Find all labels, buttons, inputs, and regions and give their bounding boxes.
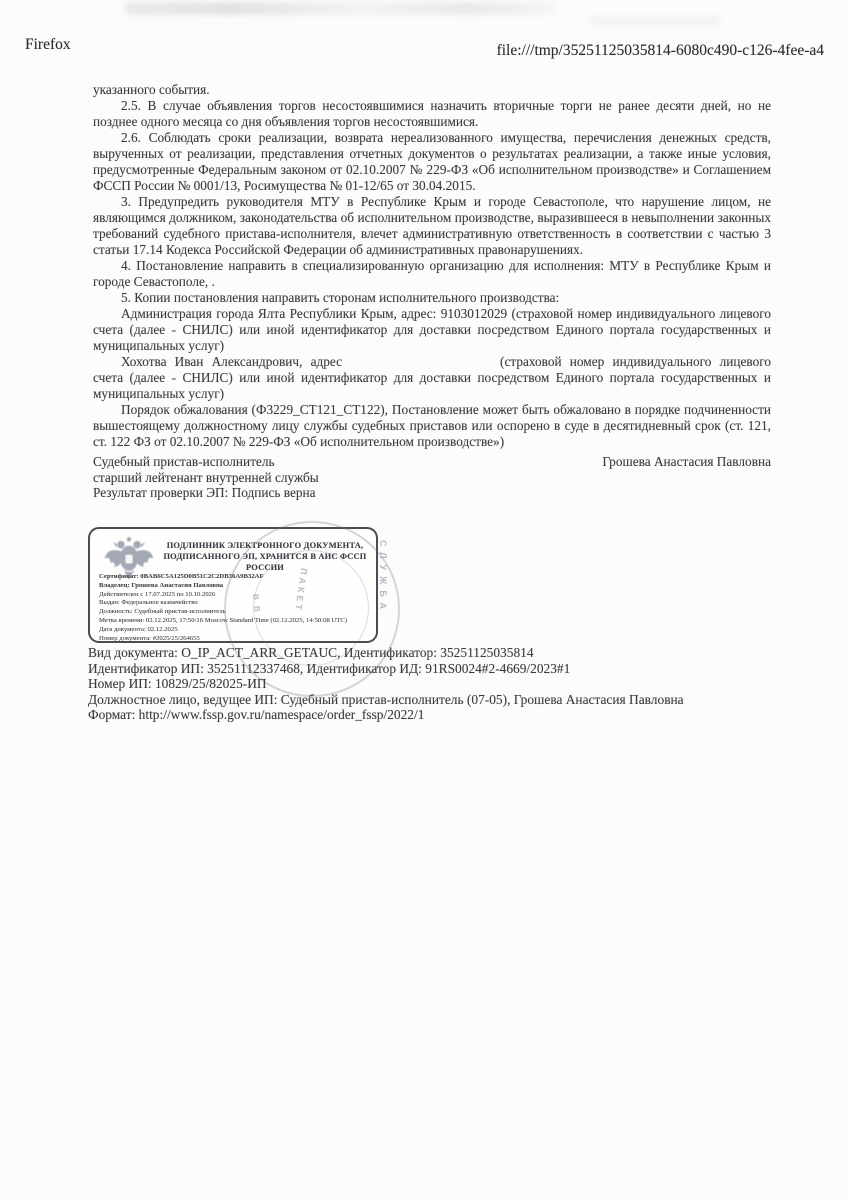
stamp-title: ПОДЛИННИК ЭЛЕКТРОННОГО ДОКУМЕНТА, ПОДПИС… xyxy=(158,540,372,573)
paragraph-with-redacted-address: Хохотва Иван Александрович, адрес(страхо… xyxy=(93,354,771,402)
meta-format: Формат: http://www.fssp.gov.ru/namespace… xyxy=(88,707,788,723)
official-name: Грошева Анастасия Павловна xyxy=(602,454,771,470)
meta-doc-type: Вид документа: O_IP_ACT_ARR_GETAUC, Иден… xyxy=(88,645,788,661)
stamp-timestamp-line: Метка времени: 02.12.2025, 17:50:16 Mosc… xyxy=(99,617,371,626)
stamp-certificate-details: Сертификат: 0BAB6C5A125D0B51C2C2DB36A9B3… xyxy=(99,573,371,643)
scan-bleed-artifact xyxy=(125,2,555,15)
document-body: указанного события. 2.5. В случае объявл… xyxy=(93,82,771,501)
signature-verification: Результат проверки ЭП: Подпись верна xyxy=(93,485,771,501)
stamp-owner-line: Владелец: Грошева Анастасия Павловна xyxy=(99,582,371,591)
meta-official: Должностное лицо, ведущее ИП: Судебный п… xyxy=(88,692,788,708)
paragraph: Порядок обжалования (Ф3229_СТ121_СТ122),… xyxy=(93,402,771,450)
paragraph: 4. Постановление направить в специализир… xyxy=(93,258,771,290)
scan-bleed-artifact xyxy=(590,16,720,26)
stamp-issuer-line: Выдан: Федеральное казначейство xyxy=(99,599,371,608)
paragraph: указанного события. xyxy=(93,82,771,98)
official-position: Судебный пристав-исполнитель xyxy=(93,454,275,470)
stamp-docdate-line: Дата документа: 02.12.2025 xyxy=(99,626,371,635)
round-seal-arc-text: СЛУЖБА xyxy=(378,540,388,615)
stamp-docnumber-line: Номер документа: #2025/25/264655 xyxy=(99,635,371,644)
official-rank: старший лейтенант внутренней службы xyxy=(93,470,771,486)
paragraph: Администрация города Ялта Республики Кры… xyxy=(93,306,771,354)
paragraph: 2.6. Соблюдать сроки реализации, возврат… xyxy=(93,130,771,194)
document-metadata: Вид документа: O_IP_ACT_ARR_GETAUC, Иден… xyxy=(88,645,788,723)
stamp-certificate-line: Сертификат: 0BAB6C5A125D0B51C2C2DB36A9B3… xyxy=(99,573,371,582)
paragraph: 3. Предупредить руководителя МТУ в Респу… xyxy=(93,194,771,258)
paragraph: 2.5. В случае объявления торгов несостоя… xyxy=(93,98,771,130)
meta-ip-number: Номер ИП: 10829/25/82025-ИП xyxy=(88,676,788,692)
party-name: Хохотва Иван Александрович, адрес xyxy=(121,354,342,369)
file-url: file:///tmp/35251125035814-6080c490-c126… xyxy=(497,42,824,60)
signature-row: Судебный пристав-исполнитель Грошева Ана… xyxy=(93,454,771,470)
browser-app-label: Firefox xyxy=(25,36,71,54)
meta-ip-identifier: Идентификатор ИП: 35251112337468, Иденти… xyxy=(88,661,788,677)
stamp-position-line: Должность: Судебный пристав-исполнитель xyxy=(99,608,371,617)
print-header: Firefox file:///tmp/35251125035814-6080c… xyxy=(25,36,824,60)
paragraph: 5. Копии постановления направить сторона… xyxy=(93,290,771,306)
electronic-signature-stamp: ПОДЛИННИК ЭЛЕКТРОННОГО ДОКУМЕНТА, ПОДПИС… xyxy=(88,527,378,643)
